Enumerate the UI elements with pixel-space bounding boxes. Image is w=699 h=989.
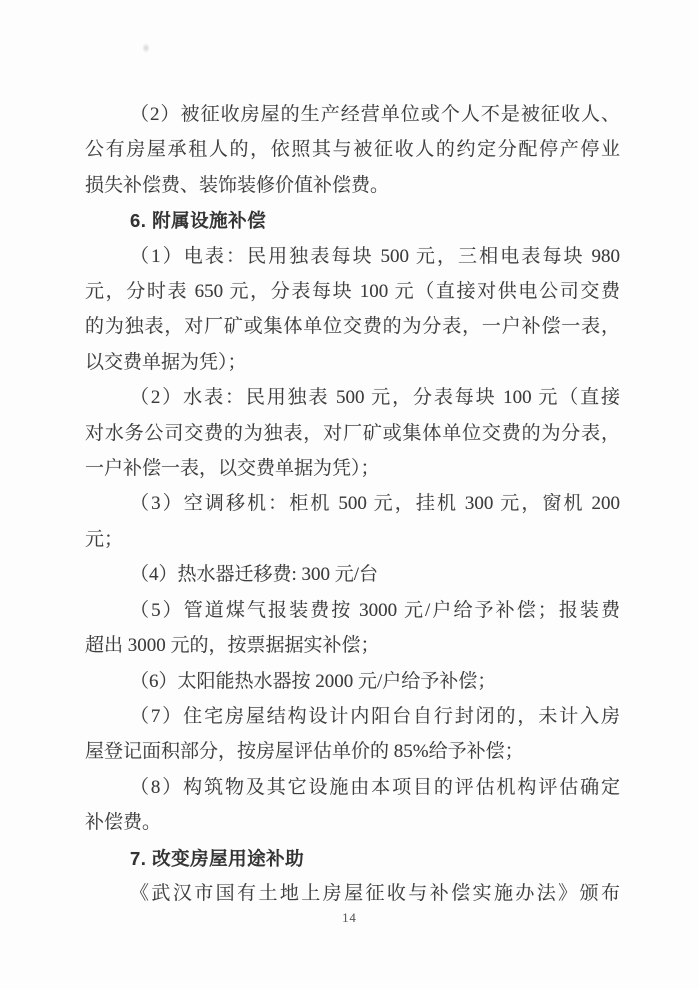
text-line: 公有房屋承租人的，依照其与被征收人的约定分配停产停业: [85, 132, 620, 167]
text-line: （8）构筑物及其它设施由本项目的评估机构评估确定: [85, 770, 620, 805]
text-line: （2）水表：民用独表 500 元，分表每块 100 元（直接: [85, 380, 620, 415]
document-page: （2）被征收房屋的生产经营单位或个人不是被征收人、公有房屋承租人的，依照其与被征…: [0, 0, 699, 989]
text-line: （6）太阳能热水器按 2000 元/户给予补偿；: [85, 664, 620, 699]
text-line: （2）被征收房屋的生产经营单位或个人不是被征收人、: [85, 97, 620, 132]
text-line: 屋登记面积部分，按房屋评估单价的 85%给予补偿；: [85, 734, 620, 769]
text-line: 的为独表，对厂矿或集体单位交费的为分表，一户补偿一表，: [85, 309, 620, 344]
text-line: 一户补偿一表，以交费单据为凭）；: [85, 451, 620, 486]
text-line: （7）住宅房屋结构设计内阳台自行封闭的，未计入房: [85, 699, 620, 734]
scan-artifact: [142, 43, 150, 53]
text-line: 元；: [85, 522, 620, 557]
text-line: 6. 附属设施补偿: [85, 203, 620, 238]
text-line: 《武汉市国有土地上房屋征收与补偿实施办法》颁布: [85, 876, 620, 911]
text-line: 以交费单据为凭）；: [85, 345, 620, 380]
text-line: 对水务公司交费的为独表，对厂矿或集体单位交费的为分表，: [85, 416, 620, 451]
text-line: 7. 改变房屋用途补助: [85, 841, 620, 876]
text-line: （3）空调移机：柜机 500 元，挂机 300 元，窗机 200: [85, 486, 620, 521]
text-line: （5）管道煤气报装费按 3000 元/户给予补偿；报装费: [85, 593, 620, 628]
text-line: （1）电表：民用独表每块 500 元，三相电表每块 980: [85, 239, 620, 274]
text-line: 损失补偿费、装饰装修价值补偿费。: [85, 168, 620, 203]
text-line: 元，分时表 650 元，分表每块 100 元（直接对供电公司交费: [85, 274, 620, 309]
text-line: 超出 3000 元的，按票据据实补偿；: [85, 628, 620, 663]
text-line: （4）热水器迁移费: 300 元/台: [85, 557, 620, 592]
document-body: （2）被征收房屋的生产经营单位或个人不是被征收人、公有房屋承租人的，依照其与被征…: [85, 97, 620, 911]
text-line: 补偿费。: [85, 805, 620, 840]
page-number: 14: [0, 911, 699, 926]
